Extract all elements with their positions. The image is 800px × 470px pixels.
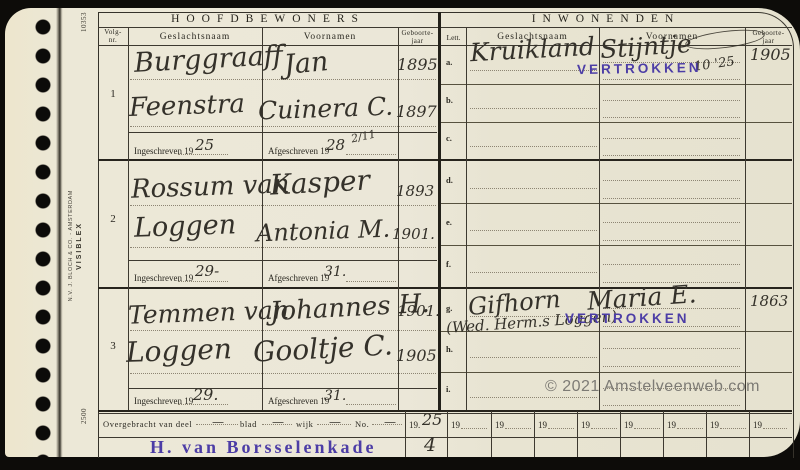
resident-surname: Loggen xyxy=(134,211,237,242)
dotted-line xyxy=(130,247,436,248)
dotted-line xyxy=(720,428,746,429)
card-fold-crease xyxy=(56,8,63,457)
year-cell: 19 xyxy=(667,420,676,430)
resident-firstnames: Antonia M. xyxy=(256,217,391,246)
rule xyxy=(749,411,750,457)
dotted-line xyxy=(603,326,740,327)
row-number: 3 xyxy=(98,340,128,352)
lodger-surname: Kruikland xyxy=(469,34,595,66)
resident-birthyear: 1895 xyxy=(397,57,438,73)
lodger-letter: e. xyxy=(446,217,452,227)
lodger-letter: f. xyxy=(446,259,451,269)
resident-birthyear: 1901. xyxy=(397,304,440,319)
dotted-line xyxy=(677,428,703,429)
dotted-line xyxy=(603,138,740,139)
street-name-stamp: H. van Borsselenkade xyxy=(150,437,377,458)
copyright-watermark: © 2021 Amstelveenweb.com xyxy=(545,378,760,396)
dash-mark: — xyxy=(212,416,224,428)
lodger-letter: d. xyxy=(446,175,453,185)
vertrokken-stamp: VERTROKKEN xyxy=(565,311,690,326)
row-number: 2 xyxy=(98,213,128,225)
afgeschreven-year: 31. xyxy=(324,389,346,403)
year-cell: 19 xyxy=(451,420,460,430)
year-cell: 19 xyxy=(710,420,719,430)
rule xyxy=(98,159,792,161)
rule xyxy=(745,27,746,410)
rule xyxy=(577,411,578,457)
column-header-geboortejaar-left: Geboorte- jaar xyxy=(398,29,437,45)
lodger-letter: h. xyxy=(446,344,453,354)
rule xyxy=(441,203,792,204)
center-divider xyxy=(438,12,441,411)
afgeschreven-year: 31. xyxy=(324,265,346,279)
resident-birthyear: 1901. xyxy=(392,227,435,242)
dotted-line xyxy=(346,404,396,405)
afgeschreven-label: Afgeschreven 19 xyxy=(268,273,329,283)
rule xyxy=(466,27,467,410)
resident-firstnames: Cuinera C. xyxy=(258,94,394,124)
printer-company: N.V. J. BLOCH & CO. - AMSTERDAM xyxy=(68,190,74,301)
resident-surname: Loggen xyxy=(126,335,233,367)
resident-firstnames: Kasper xyxy=(269,166,370,199)
dotted-line xyxy=(603,155,740,156)
year-prefix: 19. xyxy=(409,420,420,430)
dotted-line xyxy=(603,222,740,223)
rule xyxy=(663,411,664,457)
rule xyxy=(98,27,792,28)
rule xyxy=(447,411,448,457)
lodger-firstnames: Stijntje xyxy=(599,31,692,62)
rule xyxy=(128,388,437,389)
column-header-volgnr: Volg- nr. xyxy=(98,28,128,44)
dotted-line xyxy=(603,79,740,80)
resident-surname: Feenstra xyxy=(129,91,246,121)
year-cell: 19 xyxy=(495,420,504,430)
afgeschreven-year: 28 xyxy=(326,138,345,153)
year-cell: 19 xyxy=(624,420,633,430)
house-number: 4 xyxy=(424,436,436,455)
lodger-letter: c. xyxy=(446,133,452,143)
dotted-line xyxy=(603,180,740,181)
register-card-photo: 10353 N.V. J. BLOCH & CO. - AMSTERDAM VI… xyxy=(0,0,800,470)
dotted-line xyxy=(603,117,740,118)
section-title-hoofdbewoners: HOOFDBEWONERS xyxy=(98,13,438,25)
lodger-letter: i. xyxy=(446,384,451,394)
section-title-inwonenden: INWONENDEN xyxy=(441,13,771,25)
rule xyxy=(599,27,600,410)
dotted-line xyxy=(603,264,740,265)
afgeschreven-label: Afgeschreven 19 xyxy=(268,396,329,406)
resident-firstnames: Jan xyxy=(283,48,329,79)
dotted-line xyxy=(470,397,597,398)
dotted-line xyxy=(470,146,597,147)
serial-number-top: 10353 xyxy=(80,12,88,32)
column-header-voornamen-left: Voornamen xyxy=(262,32,398,42)
dotted-line xyxy=(603,366,740,367)
rule xyxy=(441,122,792,123)
year-cell: 19 xyxy=(538,420,547,430)
column-header-lett: Lett. xyxy=(441,33,466,42)
dash-mark: — xyxy=(272,416,284,428)
dotted-line xyxy=(505,428,531,429)
dotted-line xyxy=(470,357,597,358)
rule xyxy=(98,413,792,414)
dash-mark: — xyxy=(384,416,396,428)
rule xyxy=(620,411,621,457)
ingeschreven-year: 29. xyxy=(193,387,218,403)
resident-surname: Temmen van xyxy=(128,297,290,328)
resident-birthyear: 1893 xyxy=(396,184,434,199)
resident-birthyear: 1905 xyxy=(396,348,437,364)
lodger-letter: b. xyxy=(446,95,453,105)
column-header-geslachtsnaam-left: Geslachtsnaam xyxy=(128,32,262,42)
rule xyxy=(441,245,792,246)
dotted-line xyxy=(130,126,436,127)
year-cell: 19 xyxy=(753,420,762,430)
no-label: No. xyxy=(355,419,369,429)
vertrokken-stamp: VERTROKKEN xyxy=(577,60,702,77)
rule xyxy=(98,410,792,412)
dotted-line xyxy=(603,348,740,349)
ingeschreven-label: Ingeschreven 19 xyxy=(134,146,193,156)
rule xyxy=(441,84,792,85)
resident-surname: Burggraaff xyxy=(133,42,283,77)
dotted-line xyxy=(603,405,740,406)
dotted-line xyxy=(548,428,574,429)
resident-firstnames: Gooltje C. xyxy=(252,331,393,366)
dotted-line xyxy=(603,240,740,241)
dotted-line xyxy=(470,108,597,109)
dotted-line xyxy=(634,428,660,429)
dotted-line xyxy=(130,79,436,80)
transfer-year: 25 xyxy=(422,412,442,428)
dotted-line xyxy=(470,230,597,231)
dotted-line xyxy=(763,428,787,429)
ingeschreven-label: Ingeschreven 19 xyxy=(134,396,193,406)
rule xyxy=(441,372,792,373)
dotted-line xyxy=(603,100,740,101)
dotted-line xyxy=(591,428,617,429)
dotted-line xyxy=(130,205,436,206)
punch-holes xyxy=(5,8,57,457)
rule xyxy=(128,260,437,261)
afgeschreven-label: Afgeschreven 19 xyxy=(268,146,329,156)
resident-surname: Rossum van xyxy=(131,171,290,203)
serial-number-bottom: 2500 xyxy=(80,408,88,424)
row-number: 1 xyxy=(98,88,128,100)
lodger-birthyear: 1905 xyxy=(750,47,791,63)
rule xyxy=(128,132,437,133)
lodger-letter: g. xyxy=(446,303,452,313)
rule xyxy=(405,411,406,457)
resident-birthyear: 1897 xyxy=(396,104,437,120)
printer-name: VISIBLEX xyxy=(76,222,83,270)
year-cell: 19 xyxy=(581,420,590,430)
dotted-line xyxy=(470,272,597,273)
dotted-line xyxy=(346,154,396,155)
rule xyxy=(491,411,492,457)
ingeschreven-year: 29- xyxy=(195,264,219,279)
dotted-line xyxy=(603,198,740,199)
rule xyxy=(706,411,707,457)
transfer-label: Overgebracht van deel xyxy=(103,419,192,429)
dash-mark: — xyxy=(329,416,341,428)
printer-imprint: N.V. J. BLOCH & CO. - AMSTERDAM VISIBLEX xyxy=(68,168,83,323)
rule xyxy=(534,411,535,457)
blad-label: blad xyxy=(240,419,257,429)
dotted-line xyxy=(130,373,436,374)
wijk-label: wijk xyxy=(296,419,314,429)
dotted-line xyxy=(346,281,396,282)
dotted-line xyxy=(461,428,487,429)
lodger-letter: a. xyxy=(446,57,452,67)
lodger-birthyear: 1863 xyxy=(750,294,788,309)
ingeschreven-label: Ingeschreven 19 xyxy=(134,273,193,283)
dotted-line xyxy=(470,188,597,189)
ingeschreven-year: 25 xyxy=(195,138,214,153)
